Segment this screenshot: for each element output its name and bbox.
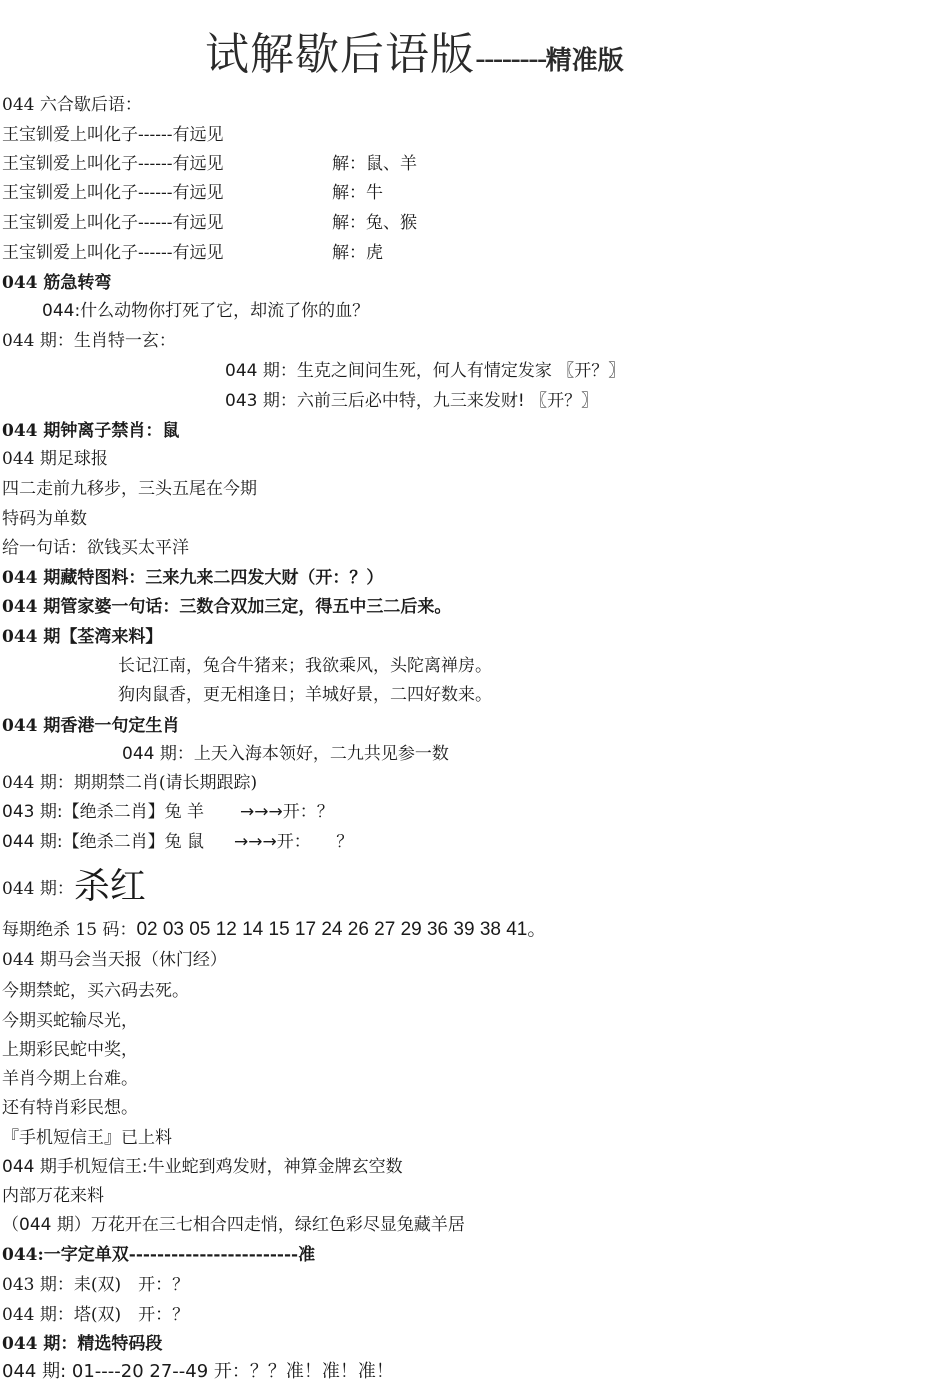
kill-two-prefix: 043 期:【绝杀二肖】兔 羊 (2, 802, 204, 822)
title-sub: 精准版 (546, 46, 624, 76)
kill-red-prefix: 044 期： (2, 879, 74, 899)
zodiac-line: 043 期：六前三后必中特，九三来发财! 〖开？〗 (225, 390, 598, 412)
title-dash: -------- (475, 42, 546, 77)
horse-line: 今期禁蛇，买六码去死。 (2, 980, 189, 1002)
kill-two-row: 044 期:【绝杀二肖】兔 鼠→→→开： ？ (2, 831, 353, 853)
saying-row: 王宝钏爱上叫化子------有远见解：虎 (2, 242, 602, 264)
horse-line: 上期彩民蛇中奖， (2, 1039, 138, 1061)
riddle-question: 044:什么动物你打死了它，却流了你的血？ (42, 300, 369, 322)
kill15-line: 每期绝杀 15 码：02 03 05 12 14 15 17 24 26 27 … (2, 919, 546, 941)
kill-two-row: 043 期:【绝杀二肖】兔 羊→→→开：？ (2, 801, 334, 823)
saying-answer: 解：鼠、羊 (332, 153, 417, 175)
saying-row: 王宝钏爱上叫化子------有远见解：牛 (2, 182, 602, 204)
kill-two-result: →→→开：？ (240, 802, 334, 822)
odd-even-line: 043 期：耒(双) 开：？ (2, 1274, 189, 1296)
quanwan-heading: 044 期【荃湾来料】 (2, 626, 162, 648)
saying-text: 王宝钏爱上叫化子------有远见 (2, 243, 223, 263)
horse-line: 还有特肖彩民想。 (2, 1097, 138, 1119)
saying-row: 王宝钏爱上叫化子------有远见 (2, 124, 223, 146)
saying-answer: 解：兔、猴 (332, 212, 417, 234)
kill15-numbers: 02 03 05 12 14 15 17 24 26 27 29 36 39 3… (136, 919, 546, 940)
hk-line: 044 期：上天入海本领好，二九共见参一数 (122, 743, 449, 765)
saying-text: 王宝钏爱上叫化子------有远见 (2, 154, 223, 174)
quanwan-line: 长记江南，兔合牛猪来；我欲乘风，头陀离禅房。 (118, 655, 492, 677)
hk-heading: 044 期香港一句定生肖 (2, 715, 179, 737)
football-line: 特码为单数 (2, 508, 87, 530)
football-line: 给一句话：欲钱买太平洋 (2, 537, 189, 559)
sms-heading: 『手机短信王』已上料 (2, 1127, 172, 1149)
saying-text: 王宝钏爱上叫化子------有远见 (2, 213, 223, 233)
wanhua-line: （044 期）万花开在三七相合四走悄，绿红色彩尽显兔藏羊居 (2, 1214, 465, 1236)
saying-text: 王宝钏爱上叫化子------有远见 (2, 125, 223, 145)
banned-zodiac: 044 期钟离子禁肖：鼠 (2, 420, 179, 442)
quanwan-line: 狗肉鼠香，更无相逢日；羊城好景，二四好数来。 (118, 684, 492, 706)
horse-line: 羊肖今期上台难。 (2, 1068, 138, 1090)
kill-red-big: 杀红 (74, 866, 146, 907)
riddle-heading: 044 筋急转弯 (2, 272, 111, 294)
housekeeper-line: 044 期管家婆一句话：三数合双加三定，得五中三二后来。 (2, 596, 451, 618)
kill-two-result: →→→开： ？ (234, 832, 353, 852)
title-main: 试解歇后语版 (205, 29, 475, 80)
segment-line: 044 期: 01----20 27--49 开：？？准！准！准！ (2, 1361, 394, 1383)
saying-row: 王宝钏爱上叫化子------有远见解：兔、猴 (2, 212, 602, 234)
sms-line: 044 期手机短信王:牛业蛇到鸡发财，神算金牌玄空数 (2, 1156, 403, 1178)
wanhua-heading: 内部万花来料 (2, 1185, 104, 1207)
zodiac-line: 044 期：生克之间问生死，何人有情定发家 〖开？〗 (225, 360, 625, 382)
odd-even-heading: 044:一字定单双------------------------准 (2, 1244, 315, 1266)
saying-answer: 解：牛 (332, 182, 383, 204)
kill-two-prefix: 044 期:【绝杀二肖】兔 鼠 (2, 832, 204, 852)
horse-heading: 044 期马会当天报（休门经） (2, 949, 227, 971)
hidden-map-line: 044 期藏特图料：三来九来二四发大财（开：？） (2, 567, 383, 589)
football-heading: 044 期足球报 (2, 448, 108, 470)
horse-line: 今期买蛇输尽光， (2, 1010, 138, 1032)
saying-answer: 解：虎 (332, 242, 383, 264)
forbid-two-line: 044 期：期期禁二肖(请长期跟踪) (2, 772, 257, 794)
odd-even-line: 044 期：塔(双) 开：？ (2, 1304, 189, 1326)
saying-row: 王宝钏爱上叫化子------有远见解：鼠、羊 (2, 153, 602, 175)
football-line: 四二走前九移步，三头五尾在今期 (2, 478, 257, 500)
segment-heading: 044 期：精选特码段 (2, 1333, 162, 1355)
zodiac-heading: 044 期：生肖特一玄： (2, 330, 176, 352)
kill15-prefix: 每期绝杀 15 码： (2, 920, 136, 940)
document-title: 试解歇后语版--------精准版 (205, 18, 624, 82)
kill-red-line: 044 期：杀红 (2, 876, 146, 900)
saying-text: 王宝钏爱上叫化子------有远见 (2, 183, 223, 203)
section-heading: 044 六合歇后语： (2, 94, 142, 116)
